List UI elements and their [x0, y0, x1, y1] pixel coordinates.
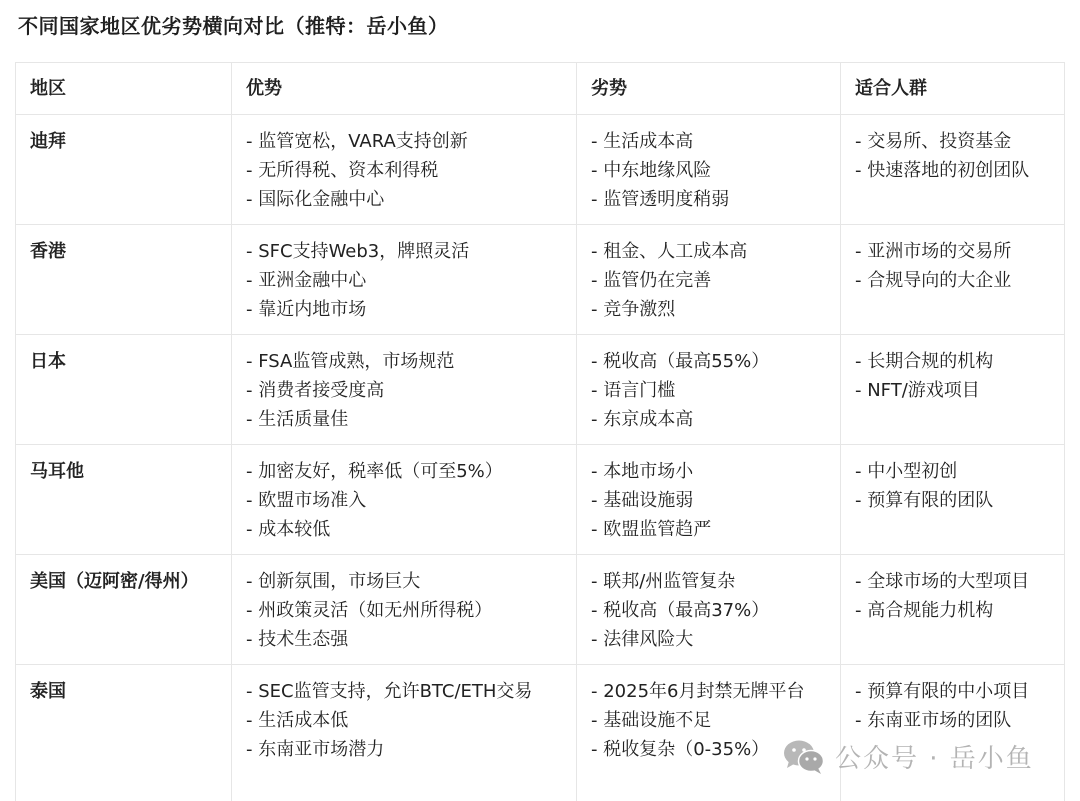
pros-item: - 无所得税、资本利得税 — [246, 156, 562, 185]
pros-item: - 欧盟市场准入 — [246, 486, 562, 515]
table-row: 迪拜 - 监管宽松，VARA支持创新 - 无所得税、资本利得税 - 国际化金融中… — [16, 115, 1065, 225]
fit-cell: - 预算有限的中小项目 - 东南亚市场的团队 — [841, 665, 1065, 801]
pros-item: - 靠近内地市场 — [246, 295, 562, 324]
cons-cell: - 2025年6月封禁无牌平台 - 基础设施不足 - 税收复杂（0-35%） — [577, 665, 841, 801]
fit-cell: - 全球市场的大型项目 - 高合规能力机构 — [841, 555, 1065, 665]
fit-item: - 亚洲市场的交易所 — [855, 237, 1050, 266]
pros-cell: - 加密友好，税率低（可至5%） - 欧盟市场准入 - 成本较低 — [232, 445, 577, 555]
table-header-row: 地区 优势 劣势 适合人群 — [16, 63, 1065, 115]
fit-item: - 东南亚市场的团队 — [855, 706, 1050, 735]
wechat-icon — [783, 739, 825, 775]
cons-item: - 欧盟监管趋严 — [591, 515, 826, 544]
watermark-text: 公众号 · 岳小鱼 — [835, 738, 1034, 775]
pros-item: - 技术生态强 — [246, 625, 562, 654]
pros-cell: - SEC监管支持，允许BTC/ETH交易 - 生活成本低 - 东南亚市场潜力 — [232, 665, 577, 801]
cons-item: - 税收高（最高55%） — [591, 347, 826, 376]
cons-cell: - 租金、人工成本高 - 监管仍在完善 - 竞争激烈 — [577, 225, 841, 335]
fit-item: - 长期合规的机构 — [855, 347, 1050, 376]
pros-cell: - 创新氛围，市场巨大 - 州政策灵活（如无州所得税） - 技术生态强 — [232, 555, 577, 665]
fit-item: - NFT/游戏项目 — [855, 376, 1050, 405]
cons-item: - 生活成本高 — [591, 127, 826, 156]
fit-item: - 预算有限的团队 — [855, 486, 1050, 515]
fit-item: - 交易所、投资基金 — [855, 127, 1050, 156]
header-cons: 劣势 — [577, 63, 841, 115]
watermark: 公众号 · 岳小鱼 — [783, 738, 1034, 775]
pros-item: - 创新氛围，市场巨大 — [246, 567, 562, 596]
header-region: 地区 — [16, 63, 232, 115]
fit-item: - 预算有限的中小项目 — [855, 677, 1050, 706]
cons-cell: - 联邦/州监管复杂 - 税收高（最高37%） - 法律风险大 — [577, 555, 841, 665]
cons-item: - 监管仍在完善 — [591, 266, 826, 295]
table-row: 泰国 - SEC监管支持，允许BTC/ETH交易 - 生活成本低 - 东南亚市场… — [16, 665, 1065, 801]
page-title: 不同国家地区优劣势横向对比（推特：岳小鱼） — [18, 10, 449, 42]
fit-item: - 合规导向的大企业 — [855, 266, 1050, 295]
cons-cell: - 本地市场小 - 基础设施弱 - 欧盟监管趋严 — [577, 445, 841, 555]
region-cell: 马耳他 — [16, 445, 232, 555]
pros-cell: - 监管宽松，VARA支持创新 - 无所得税、资本利得税 - 国际化金融中心 — [232, 115, 577, 225]
fit-item: - 中小型初创 — [855, 457, 1050, 486]
fit-cell: - 中小型初创 - 预算有限的团队 — [841, 445, 1065, 555]
pros-item: - 生活质量佳 — [246, 405, 562, 434]
pros-item: - 亚洲金融中心 — [246, 266, 562, 295]
pros-item: - SEC监管支持，允许BTC/ETH交易 — [246, 677, 562, 706]
pros-item: - 东南亚市场潜力 — [246, 735, 562, 764]
fit-item: - 全球市场的大型项目 — [855, 567, 1050, 596]
region-cell: 香港 — [16, 225, 232, 335]
table-row: 美国（迈阿密/得州） - 创新氛围，市场巨大 - 州政策灵活（如无州所得税） -… — [16, 555, 1065, 665]
fit-cell: - 亚洲市场的交易所 - 合规导向的大企业 — [841, 225, 1065, 335]
pros-item: - SFC支持Web3，牌照灵活 — [246, 237, 562, 266]
pros-item: - 国际化金融中心 — [246, 185, 562, 214]
pros-item: - FSA监管成熟，市场规范 — [246, 347, 562, 376]
region-cell: 美国（迈阿密/得州） — [16, 555, 232, 665]
cons-item: - 基础设施不足 — [591, 706, 826, 735]
region-cell: 迪拜 — [16, 115, 232, 225]
cons-cell: - 税收高（最高55%） - 语言门槛 - 东京成本高 — [577, 335, 841, 445]
cons-item: - 基础设施弱 — [591, 486, 826, 515]
pros-item: - 监管宽松，VARA支持创新 — [246, 127, 562, 156]
cons-item: - 东京成本高 — [591, 405, 826, 434]
fit-cell: - 长期合规的机构 - NFT/游戏项目 — [841, 335, 1065, 445]
fit-item: - 快速落地的初创团队 — [855, 156, 1050, 185]
cons-item: - 2025年6月封禁无牌平台 — [591, 677, 826, 706]
comparison-table: 地区 优势 劣势 适合人群 迪拜 - 监管宽松，VARA支持创新 - 无所得税、… — [15, 62, 1065, 801]
cons-item: - 中东地缘风险 — [591, 156, 826, 185]
pros-item: - 加密友好，税率低（可至5%） — [246, 457, 562, 486]
region-cell: 日本 — [16, 335, 232, 445]
cons-item: - 联邦/州监管复杂 — [591, 567, 826, 596]
pros-cell: - FSA监管成熟，市场规范 - 消费者接受度高 - 生活质量佳 — [232, 335, 577, 445]
cons-cell: - 生活成本高 - 中东地缘风险 - 监管透明度稍弱 — [577, 115, 841, 225]
pros-cell: - SFC支持Web3，牌照灵活 - 亚洲金融中心 - 靠近内地市场 — [232, 225, 577, 335]
cons-item: - 监管透明度稍弱 — [591, 185, 826, 214]
table-row: 香港 - SFC支持Web3，牌照灵活 - 亚洲金融中心 - 靠近内地市场 - … — [16, 225, 1065, 335]
pros-item: - 生活成本低 — [246, 706, 562, 735]
table-row: 马耳他 - 加密友好，税率低（可至5%） - 欧盟市场准入 - 成本较低 - 本… — [16, 445, 1065, 555]
fit-item: - 高合规能力机构 — [855, 596, 1050, 625]
pros-item: - 消费者接受度高 — [246, 376, 562, 405]
region-cell: 泰国 — [16, 665, 232, 801]
cons-item: - 语言门槛 — [591, 376, 826, 405]
table-row: 日本 - FSA监管成熟，市场规范 - 消费者接受度高 - 生活质量佳 - 税收… — [16, 335, 1065, 445]
pros-item: - 州政策灵活（如无州所得税） — [246, 596, 562, 625]
cons-item: - 税收高（最高37%） — [591, 596, 826, 625]
cons-item: - 本地市场小 — [591, 457, 826, 486]
header-fit: 适合人群 — [841, 63, 1065, 115]
pros-item: - 成本较低 — [246, 515, 562, 544]
cons-item: - 竞争激烈 — [591, 295, 826, 324]
fit-cell: - 交易所、投资基金 - 快速落地的初创团队 — [841, 115, 1065, 225]
cons-item: - 租金、人工成本高 — [591, 237, 826, 266]
header-pros: 优势 — [232, 63, 577, 115]
cons-item: - 法律风险大 — [591, 625, 826, 654]
